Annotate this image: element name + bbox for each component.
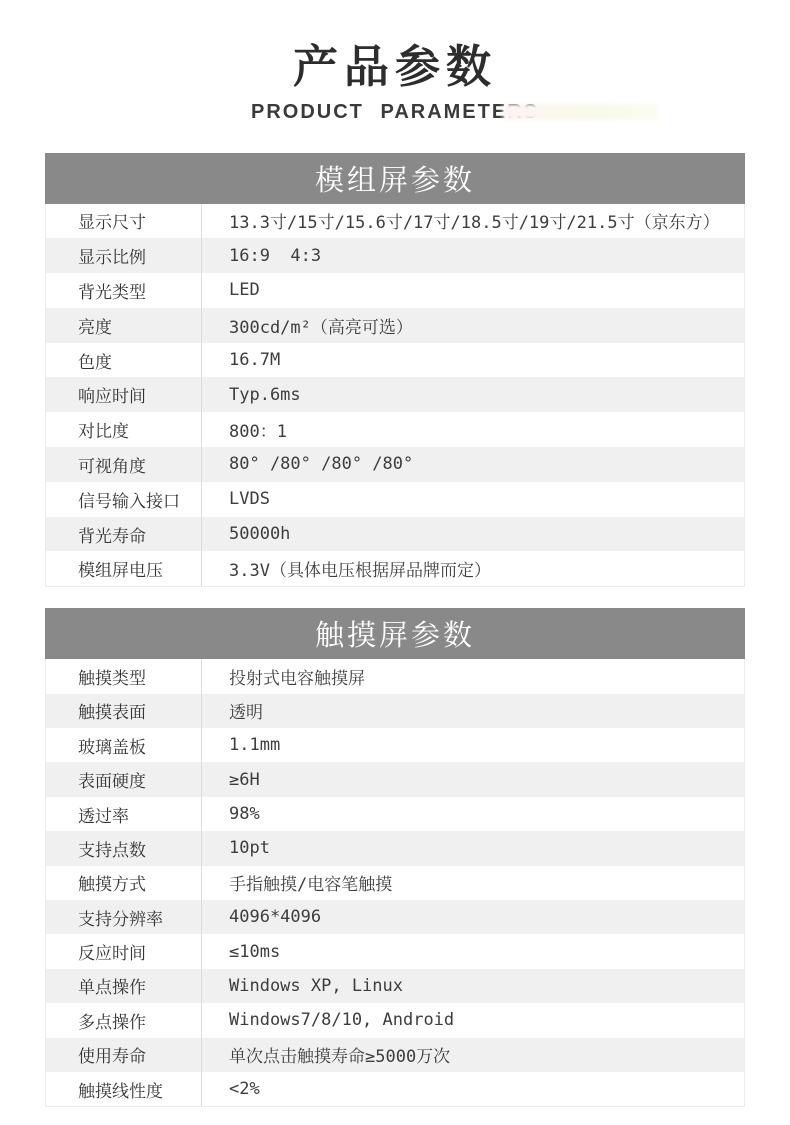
table-row: 单点操作Windows XP, Linux — [46, 969, 744, 1003]
spec-label: 背光类型 — [46, 273, 201, 308]
spec-label: 多点操作 — [46, 1003, 201, 1037]
spec-label: 反应时间 — [46, 934, 201, 968]
spec-value: 16:9 4:3 — [201, 238, 744, 273]
spec-value: ≥6H — [201, 762, 744, 796]
table-row: 触摸线性度<2% — [46, 1072, 744, 1106]
table-title-touch-screen: 触摸屏参数 — [45, 608, 745, 659]
page-title: 产品参数 — [0, 38, 790, 97]
table-row: 显示尺寸13.3寸/15寸/15.6寸/17寸/18.5寸/19寸/21.5寸（… — [46, 204, 744, 239]
spec-value: 3.3V（具体电压根据屏品牌而定） — [201, 551, 744, 586]
spec-value: 13.3寸/15寸/15.6寸/17寸/18.5寸/19寸/21.5寸（京东方） — [201, 204, 744, 239]
spec-value: <2% — [201, 1072, 744, 1106]
table-row: 玻璃盖板1.1mm — [46, 728, 744, 762]
spec-label: 显示尺寸 — [46, 204, 201, 239]
spec-label: 触摸表面 — [46, 694, 201, 728]
spec-value: Typ.6ms — [201, 377, 744, 412]
table-row: 模组屏电压3.3V（具体电压根据屏品牌而定） — [46, 551, 744, 586]
table-body: 触摸类型投射式电容触摸屏触摸表面透明玻璃盖板1.1mm表面硬度≥6H透过率98%… — [45, 659, 745, 1107]
spec-value: 10pt — [201, 831, 744, 865]
page-header: 产品参数 PRODUCT PARAMETERS — [0, 0, 790, 125]
table-row: 对比度800：1 — [46, 412, 744, 447]
table-row: 色度16.7M — [46, 343, 744, 378]
spec-label: 玻璃盖板 — [46, 728, 201, 762]
spec-value: Windows XP, Linux — [201, 969, 744, 1003]
table-body: 显示尺寸13.3寸/15寸/15.6寸/17寸/18.5寸/19寸/21.5寸（… — [45, 204, 745, 588]
spec-label: 触摸类型 — [46, 659, 201, 693]
spec-value: 800：1 — [201, 412, 744, 447]
table-row: 可视角度80° /80° /80° /80° — [46, 447, 744, 482]
spec-value: ≤10ms — [201, 934, 744, 968]
spec-label: 信号输入接口 — [46, 482, 201, 517]
table-row: 信号输入接口LVDS — [46, 482, 744, 517]
spec-label: 背光寿命 — [46, 517, 201, 552]
table-row: 支持点数10pt — [46, 831, 744, 865]
spec-label: 模组屏电压 — [46, 551, 201, 586]
spec-label: 使用寿命 — [46, 1038, 201, 1072]
spec-value: Windows7/8/10, Android — [201, 1003, 744, 1037]
table-row: 透过率98% — [46, 797, 744, 831]
table-row: 表面硬度≥6H — [46, 762, 744, 796]
table-title-module-screen: 模组屏参数 — [45, 153, 745, 204]
spec-label: 对比度 — [46, 412, 201, 447]
spec-value: 80° /80° /80° /80° — [201, 447, 744, 482]
table-row: 使用寿命单次点击触摸寿命≥5000万次 — [46, 1038, 744, 1072]
table-row: 多点操作Windows7/8/10, Android — [46, 1003, 744, 1037]
spec-label: 触摸线性度 — [46, 1072, 201, 1106]
spec-label: 支持分辨率 — [46, 900, 201, 934]
table-row: 触摸表面透明 — [46, 694, 744, 728]
touch-screen-parameters-table: 触摸屏参数 触摸类型投射式电容触摸屏触摸表面透明玻璃盖板1.1mm表面硬度≥6H… — [45, 608, 745, 1107]
table-row: 响应时间Typ.6ms — [46, 377, 744, 412]
spec-label: 显示比例 — [46, 238, 201, 273]
spec-value: 300cd/m²（高亮可选） — [201, 308, 744, 343]
table-row: 显示比例16:9 4:3 — [46, 238, 744, 273]
spec-value: 手指触摸/电容笔触摸 — [201, 866, 744, 900]
table-row: 背光寿命50000h — [46, 517, 744, 552]
spec-label: 亮度 — [46, 308, 201, 343]
spec-label: 可视角度 — [46, 447, 201, 482]
page-subtitle: PRODUCT PARAMETERS — [0, 99, 790, 125]
spec-value: 4096*4096 — [201, 900, 744, 934]
spec-value: LED — [201, 273, 744, 308]
spec-label: 单点操作 — [46, 969, 201, 1003]
spec-label: 表面硬度 — [46, 762, 201, 796]
table-row: 反应时间≤10ms — [46, 934, 744, 968]
spec-value: 投射式电容触摸屏 — [201, 659, 744, 693]
spec-value: 16.7M — [201, 343, 744, 378]
module-screen-parameters-table: 模组屏参数 显示尺寸13.3寸/15寸/15.6寸/17寸/18.5寸/19寸/… — [45, 153, 745, 588]
spec-value: 98% — [201, 797, 744, 831]
spec-label: 响应时间 — [46, 377, 201, 412]
table-row: 亮度300cd/m²（高亮可选） — [46, 308, 744, 343]
table-row: 支持分辨率4096*4096 — [46, 900, 744, 934]
spec-value: 透明 — [201, 694, 744, 728]
table-row: 触摸方式手指触摸/电容笔触摸 — [46, 866, 744, 900]
spec-label: 透过率 — [46, 797, 201, 831]
spec-label: 支持点数 — [46, 831, 201, 865]
spec-value: 单次点击触摸寿命≥5000万次 — [201, 1038, 744, 1072]
spec-value: 1.1mm — [201, 728, 744, 762]
spec-value: LVDS — [201, 482, 744, 517]
spec-label: 色度 — [46, 343, 201, 378]
spec-label: 触摸方式 — [46, 866, 201, 900]
table-row: 背光类型LED — [46, 273, 744, 308]
table-row: 触摸类型投射式电容触摸屏 — [46, 659, 744, 693]
spec-value: 50000h — [201, 517, 744, 552]
product-parameters-page: 产品参数 PRODUCT PARAMETERS 模组屏参数 显示尺寸13.3寸/… — [0, 0, 790, 1125]
